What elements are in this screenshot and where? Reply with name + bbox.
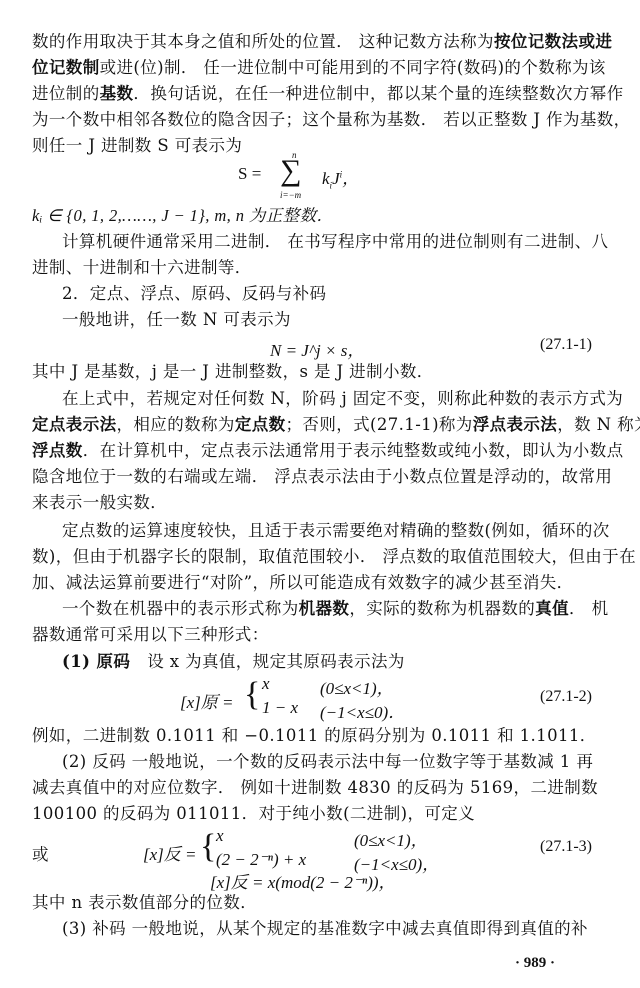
para-positional-line-4: 为一个数中相邻各数位的隐含因子；这个量称为基数． 若以正整数 J 作为基数，	[32, 110, 602, 130]
formula-lhs: S =	[238, 164, 261, 184]
sum-term: kiJi，	[322, 164, 359, 190]
text: 一个数在机器中的表示形式称为	[62, 599, 299, 618]
section-title: 2．定点、浮点、原码、反码与补码	[62, 284, 632, 304]
sum-lower: i=−m	[280, 190, 301, 200]
para-hardware-line-2: 进制、十进制和十六进制等．	[32, 258, 602, 278]
example-1: 例如，二进制数 0.1011 和 −0.1011 的原码分别为 0.1011 和…	[32, 726, 602, 746]
bold-term: 定点数	[235, 415, 286, 434]
text: 进位制的	[32, 84, 100, 103]
text: ．换句话说，在任一种进位制中，都以某个量的连续整数次方幂作	[133, 84, 623, 103]
para-speed-line-3: 加、减法运算前要进行“对阶”，所以可能造成有效数字的减少甚至消失．	[32, 573, 602, 593]
bold-term: 定点表示法	[32, 415, 117, 434]
para-fixed-line-3: 浮点数．在计算机中，定点表示法通常用于表示纯整数或纯小数，即认为小数点	[32, 441, 602, 461]
bold-term: 浮点表示法	[473, 415, 558, 434]
formula-mod: [x]反 = x(mod(2 − 2⁻ⁿ))，	[210, 868, 396, 893]
item-label: (1) 原码	[62, 652, 130, 671]
book-page: 数的作用取决于其本身之值和所处的位置． 这种记数方法称为按位记数法或进 位记数制…	[0, 0, 640, 988]
formula-sum: S = n ∑ i=−m kiJi，	[0, 150, 640, 206]
condition-1: (0≤x<1)，	[320, 674, 394, 699]
text: 或进(位)制． 任一进位制中可能用到的不同字符(数码)的个数称为该	[100, 58, 606, 77]
bold-term: 真值	[535, 599, 569, 618]
para-fixed-line-1: 在上式中，若规定对任何数 N，阶码 j 固定不变，则称此种数的表示方式为	[62, 389, 632, 409]
item-2-line-2: 减去真值中的对应位数字． 例如十进制数 4830 的反码为 5169，二进制数	[32, 778, 602, 798]
item-2-line-1: (2) 反码 一般地说，一个数的反码表示法中每一位数字等于基数减 1 再	[62, 752, 632, 772]
text: ，相应的数称为	[117, 415, 235, 434]
text: 设 x 为真值，规定其原码表示法为	[147, 652, 405, 671]
line-k-definition: kᵢ ∈ {0, 1, 2,……, J − 1}, m, n 为正整数．	[32, 206, 602, 226]
para-fixed-line-5: 来表示一般实数．	[32, 493, 602, 513]
para-fixed-line-2: 定点表示法，相应的数称为定点数；否则，式(27.1-1)称为浮点表示法，数 N …	[32, 415, 602, 435]
text: ；否则，式(27.1-1)称为	[286, 415, 473, 434]
para-machine-line-1: 一个数在机器中的表示形式称为机器数，实际的数称为机器数的真值． 机	[62, 599, 632, 619]
bold-term: 机器数	[299, 599, 350, 618]
para-positional-line-1: 数的作用取决于其本身之值和所处的位置． 这种记数方法称为按位记数法或进	[32, 32, 602, 52]
para-positional-line-3: 进位制的基数．换句话说，在任一种进位制中，都以某个量的连续整数次方幂作	[32, 84, 602, 104]
text: 为一个数中相邻各数位的隐含因子；这个量称为基数． 若以正整数 J 作为基数，	[32, 110, 631, 129]
para-hardware-line-1: 计算机硬件通常采用二进制． 在书写程序中常用的进位制则有二进制、八	[62, 232, 632, 252]
bold-term: 位记数制	[32, 58, 100, 77]
bold-term: 按位记数法或进	[494, 32, 612, 51]
para-speed-line-1: 定点数的运算速度较快，且适于表示需要绝对精确的整数(例如，循环的次	[62, 521, 632, 541]
text: 数的作用取决于其本身之值和所处的位置． 这种记数方法称为	[32, 32, 494, 51]
para-speed-line-2: 数)，但由于机器字长的限制，取值范围较小． 浮点数的取值范围较大，但由于在	[32, 547, 602, 567]
bold-term: 浮点数	[32, 441, 83, 460]
para-positional-line-2: 位记数制或进(位)制． 任一进位制中可能用到的不同字符(数码)的个数称为该	[32, 58, 602, 78]
or-word: 或	[32, 845, 602, 865]
sigma-symbol: ∑	[280, 156, 301, 186]
text: 隐含地位于一数的右端或左端． 浮点表示法由于小数点位置是浮动的，故常用	[32, 467, 612, 486]
text: ，数 N 称为	[557, 415, 640, 434]
item-2-line-3: 100100 的反码为 011011．对于纯小数(二进制)，可定义	[32, 804, 602, 824]
para-fixed-line-4: 隐含地位于一数的右端或左端． 浮点表示法由于小数点位置是浮动的，故常用	[32, 467, 602, 487]
text: ． 机	[569, 599, 608, 618]
item-3: (3) 补码 一般地说，从某个规定的基准数字中减去真值即得到真值的补	[62, 919, 632, 939]
where-n: 其中 n 表示数值部分的位数．	[32, 893, 602, 913]
bold-term: 基数	[100, 84, 134, 103]
item-1-original-code: (1) 原码 设 x 为真值，规定其原码表示法为	[62, 652, 632, 672]
condition-2: (−1<x≤0)．	[320, 698, 405, 723]
equation-number: (27.1-1)	[540, 336, 592, 354]
formula-N: N = J^j × s，	[270, 336, 364, 361]
formula-lhs: [x]原 =	[180, 688, 234, 713]
text: ，实际的数称为机器数的	[349, 599, 535, 618]
text: 在上式中，若规定对任何数 N，阶码 j 固定不变，则称此种数的表示方式为	[62, 389, 623, 408]
general-line: 一般地讲，任一数 N 可表示为	[62, 310, 632, 330]
text: 来表示一般实数．	[32, 493, 167, 512]
text: ．在计算机中，定点表示法通常用于表示纯整数或纯小数，即认为小数点	[83, 441, 624, 460]
case-1: x	[262, 674, 270, 694]
equation-number: (27.1-2)	[540, 688, 592, 706]
brace-symbol: {	[244, 678, 260, 712]
page-number: · 989 ·	[515, 955, 555, 972]
para-machine-line-2: 器数通常可采用以下三种形式：	[32, 625, 602, 645]
where-N: 其中 J 是基数，j 是一 J 进制整数，s 是 J 进制小数．	[32, 362, 602, 382]
text: 器数通常可采用以下三种形式：	[32, 625, 269, 644]
case-1: x	[216, 826, 224, 846]
case-2: 1 − x	[262, 698, 298, 718]
